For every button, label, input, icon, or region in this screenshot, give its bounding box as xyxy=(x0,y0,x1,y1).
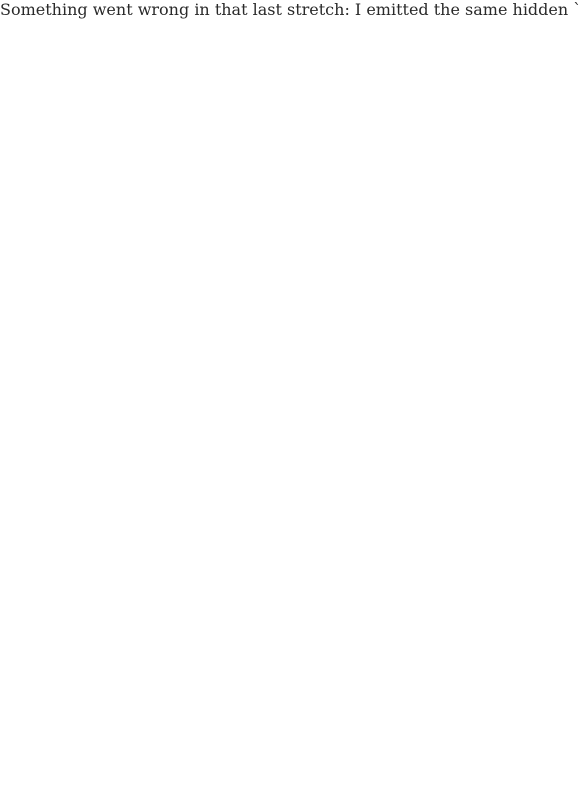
document-page: Something went wrong in that last stretc… xyxy=(0,0,587,799)
